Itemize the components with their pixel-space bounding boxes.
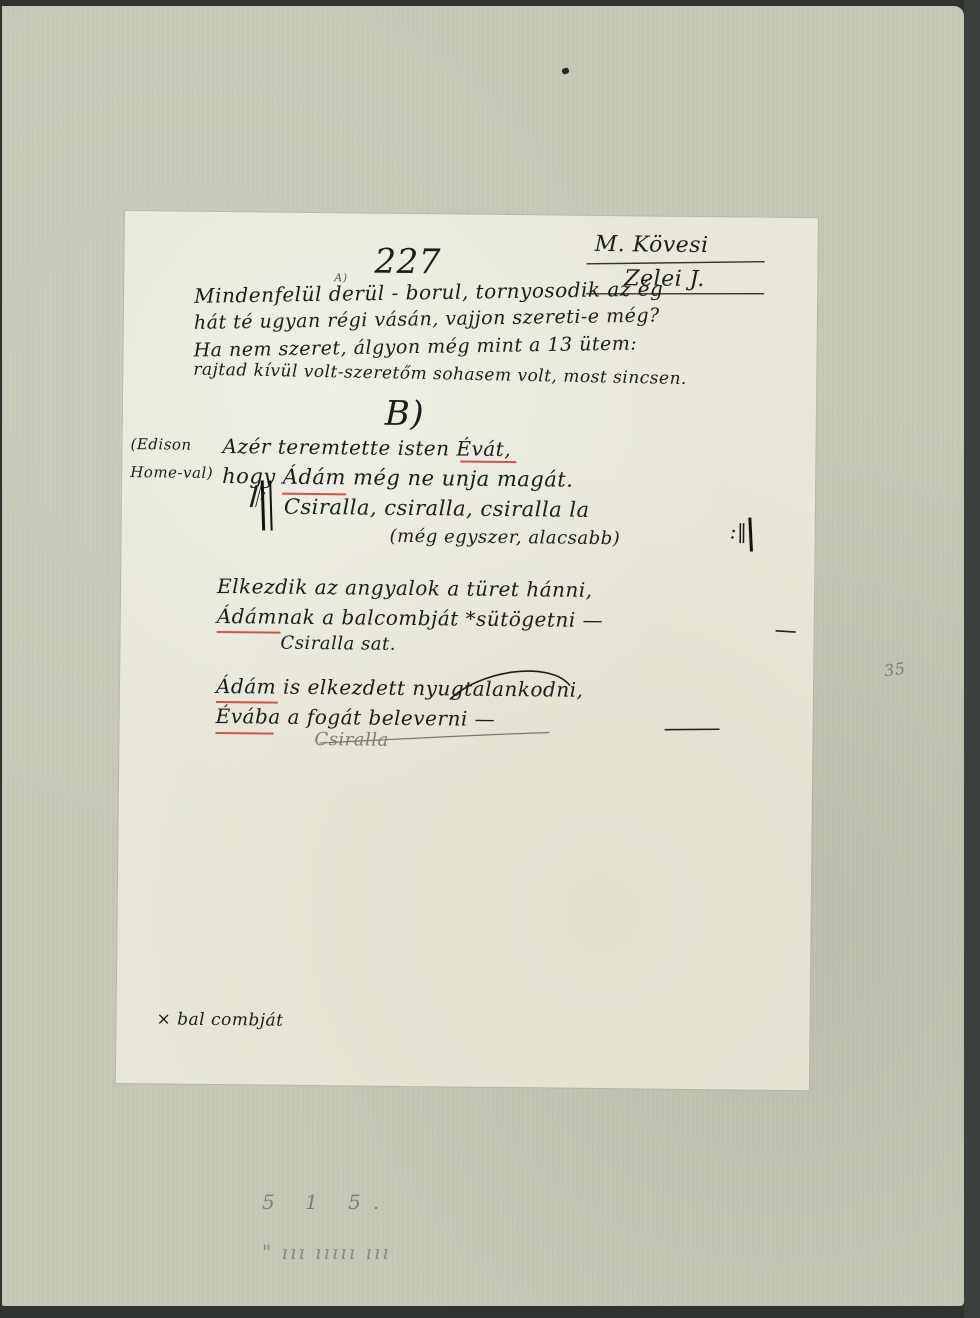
pencil-mark-bottom-1: 5 1 5. <box>262 1190 391 1214</box>
pencil-mark-bottom-2: " ııı ııııı ııı <box>262 1240 391 1264</box>
verse-d-line-2: Évába a fogát beleverni — <box>216 704 496 731</box>
verse-c-line-3: Csiralla sat. <box>280 633 396 655</box>
manuscript-sheet: 227 M. Kövesi Zelei J. A) Mindenfelül de… <box>116 211 818 1090</box>
page-number: 227 <box>374 242 441 283</box>
verse-c-line-2: Ádámnak a balcombját *sütögetni — <box>217 604 604 632</box>
verse-b-line-1-text: Azér teremtette isten Évát, <box>222 434 511 461</box>
verse-b-line-2: hogy Ádám még ne unja magát. <box>222 464 573 492</box>
section-b-label: B) <box>385 394 425 434</box>
board-edge-shadow <box>964 0 980 1318</box>
verse-c-line-1: Elkezdik az angyalok a türet hánni, <box>217 574 593 602</box>
repeat-end-sign: :‖ <box>730 519 748 543</box>
side-note-line-1: (Edison <box>130 435 191 454</box>
verse-d-line-1: Ádám is elkezdett nyugtalankodni, <box>216 674 584 702</box>
refrain: Csiralla, csiralla, csiralla la <box>284 495 590 522</box>
repeat-start-sign: 𝄆 <box>250 480 264 514</box>
side-note-line-2: Home-val) <box>130 463 213 482</box>
author-line-1: M. Kövesi <box>595 232 709 258</box>
footnote: × bal combját <box>156 1009 283 1030</box>
verse-d-line-3: Csiralla <box>314 729 389 751</box>
refrain-note: (még egyszer, alacsabb) <box>389 526 620 549</box>
verse-b-line-1: Azér teremtette isten Évát, <box>222 434 511 461</box>
margin-note-right: 35 <box>883 659 907 681</box>
